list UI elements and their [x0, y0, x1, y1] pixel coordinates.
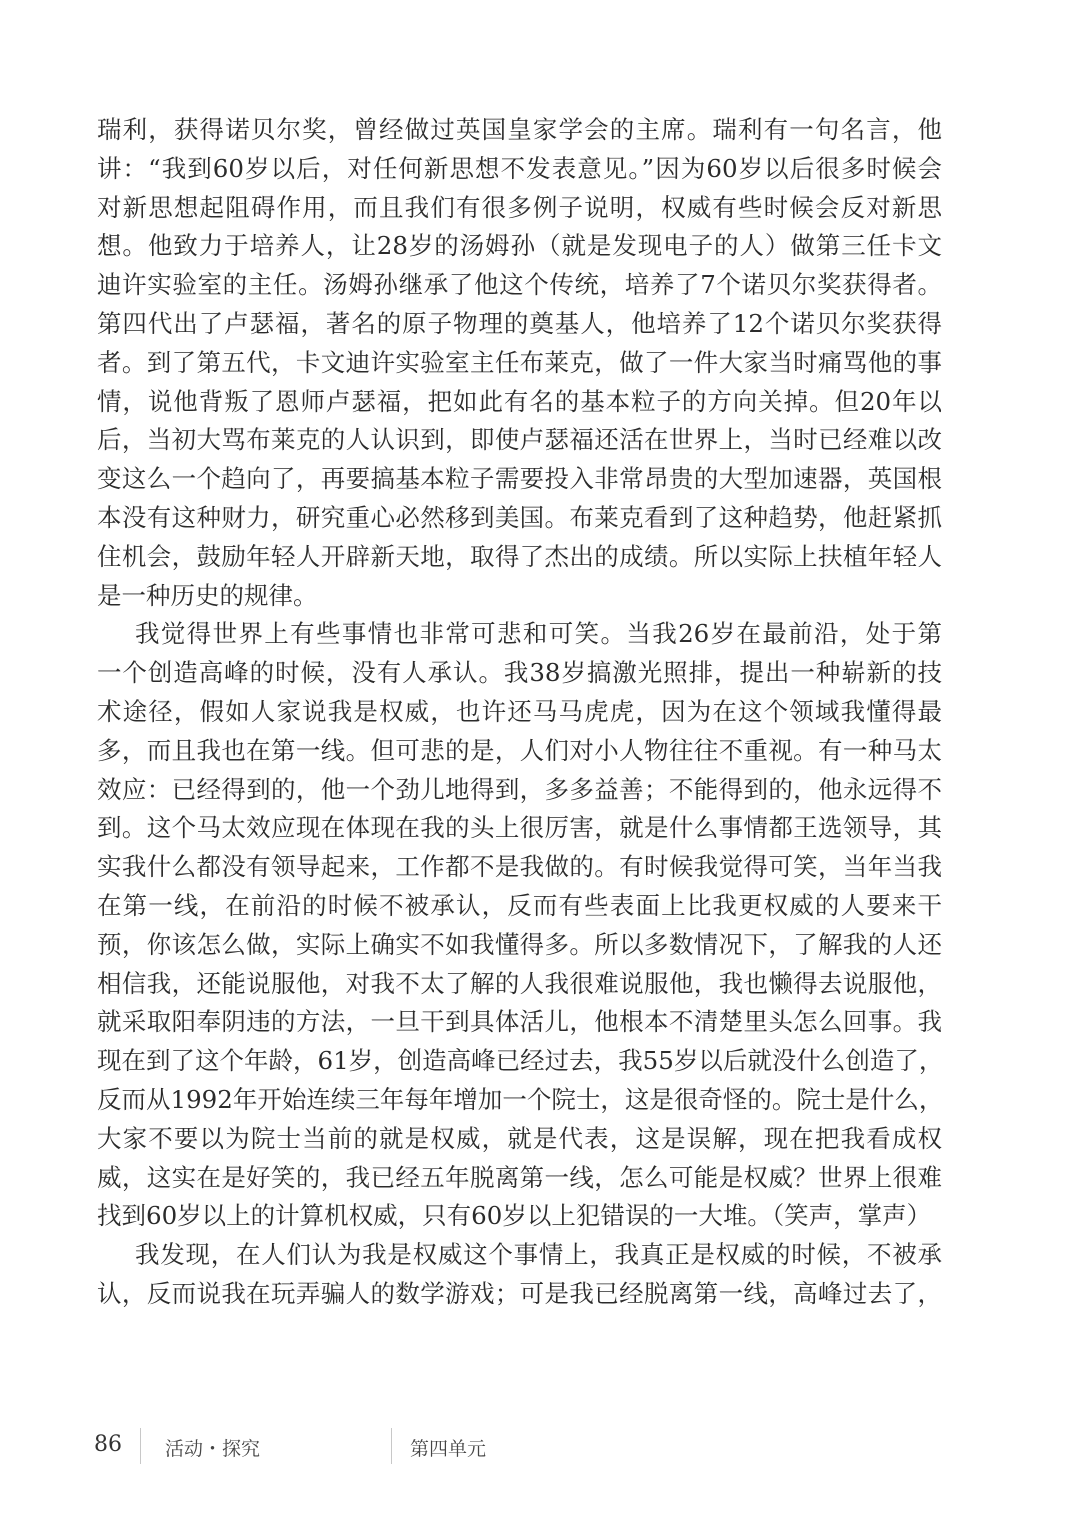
text-line: 情，说他背叛了恩师卢瑟福，把如此有名的基本粒子的方向关掉。但20年以	[97, 383, 942, 422]
text-line: 现在到了这个年龄，61岁，创造高峰已经过去，我55岁以后就没什么创造了，	[97, 1042, 942, 1081]
text-line: 者。到了第五代，卡文迪许实验室主任布莱克，做了一件大家当时痛骂他的事	[97, 344, 942, 383]
text-line: 效应：已经得到的，他一个劲儿地得到，多多益善；不能得到的，他永远得不	[97, 771, 942, 810]
text-line: 住机会，鼓励年轻人开辟新天地，取得了杰出的成绩。所以实际上扶植年轻人	[97, 538, 942, 577]
text-line: 第四代出了卢瑟福，著名的原子物理的奠基人，他培养了12个诺贝尔奖获得	[97, 305, 942, 344]
text-line: 就采取阳奉阴违的方法，一旦干到具体活儿，他根本不清楚里头怎么回事。我	[97, 1003, 942, 1042]
text-line: 反而从1992年开始连续三年每年增加一个院士，这是很奇怪的。院士是什么，	[97, 1081, 942, 1120]
page-footer: 86 活动・探究 第四单元	[0, 1428, 1080, 1468]
unit-label: 第四单元	[410, 1434, 486, 1461]
text-line: 本没有这种财力，研究重心必然移到美国。布莱克看到了这种趋势，他赶紧抓	[97, 499, 942, 538]
paragraph-2: 我觉得世界上有些事情也非常可悲和可笑。当我26岁在最前沿，处于第 一个创造高峰的…	[97, 615, 942, 1236]
section-label: 活动・探究	[165, 1434, 260, 1461]
text-line: 实我什么都没有领导起来，工作都不是我做的。有时候我觉得可笑，当年当我	[97, 848, 942, 887]
text-line: 我觉得世界上有些事情也非常可悲和可笑。当我26岁在最前沿，处于第	[97, 615, 942, 654]
text-line: 找到60岁以上的计算机权威，只有60岁以上犯错误的一大堆。（笑声，掌声）	[97, 1197, 942, 1236]
paragraph-1: 瑞利，获得诺贝尔奖，曾经做过英国皇家学会的主席。瑞利有一句名言，他 讲：“我到6…	[97, 111, 942, 615]
footer-divider	[140, 1428, 141, 1464]
text-line: 大家不要以为院士当前的就是权威，就是代表，这是误解，现在把我看成权	[97, 1120, 942, 1159]
footer-divider	[391, 1428, 392, 1464]
page-body: 瑞利，获得诺贝尔奖，曾经做过英国皇家学会的主席。瑞利有一句名言，他 讲：“我到6…	[97, 111, 942, 1314]
text-line: 瑞利，获得诺贝尔奖，曾经做过英国皇家学会的主席。瑞利有一句名言，他	[97, 111, 942, 150]
text-line: 变这么一个趋向了，再要搞基本粒子需要投入非常昂贵的大型加速器，英国根	[97, 460, 942, 499]
page-number: 86	[94, 1432, 122, 1457]
text-line: 相信我，还能说服他，对我不太了解的人我很难说服他，我也懒得去说服他，	[97, 965, 942, 1004]
text-line: 到。这个马太效应现在体现在我的头上很厉害，就是什么事情都王选领导，其	[97, 809, 942, 848]
text-line: 威，这实在是好笑的，我已经五年脱离第一线，怎么可能是权威？世界上很难	[97, 1159, 942, 1198]
text-line: 认，反而说我在玩弄骗人的数学游戏；可是我已经脱离第一线，高峰过去了，	[97, 1275, 942, 1314]
text-line: 是一种历史的规律。	[97, 577, 942, 616]
text-line: 多，而且我也在第一线。但可悲的是，人们对小人物往往不重视。有一种马太	[97, 732, 942, 771]
text-line: 预，你该怎么做，实际上确实不如我懂得多。所以多数情况下，了解我的人还	[97, 926, 942, 965]
text-line: 讲：“我到60岁以后，对任何新思想不发表意见。”因为60岁以后很多时候会	[97, 150, 942, 189]
paragraph-3: 我发现，在人们认为我是权威这个事情上，我真正是权威的时候，不被承 认，反而说我在…	[97, 1236, 942, 1314]
text-line: 我发现，在人们认为我是权威这个事情上，我真正是权威的时候，不被承	[97, 1236, 942, 1275]
text-line: 一个创造高峰的时候，没有人承认。我38岁搞激光照排，提出一种崭新的技	[97, 654, 942, 693]
text-line: 术途径，假如人家说我是权威，也许还马马虎虎，因为在这个领域我懂得最	[97, 693, 942, 732]
text-line: 后，当初大骂布莱克的人认识到，即使卢瑟福还活在世界上，当时已经难以改	[97, 421, 942, 460]
text-line: 在第一线，在前沿的时候不被承认，反而有些表面上比我更权威的人要来干	[97, 887, 942, 926]
text-line: 迪许实验室的主任。汤姆孙继承了他这个传统，培养了7个诺贝尔奖获得者。	[97, 266, 942, 305]
text-line: 想。他致力于培养人，让28岁的汤姆孙（就是发现电子的人）做第三任卡文	[97, 227, 942, 266]
text-line: 对新思想起阻碍作用，而且我们有很多例子说明，权威有些时候会反对新思	[97, 189, 942, 228]
